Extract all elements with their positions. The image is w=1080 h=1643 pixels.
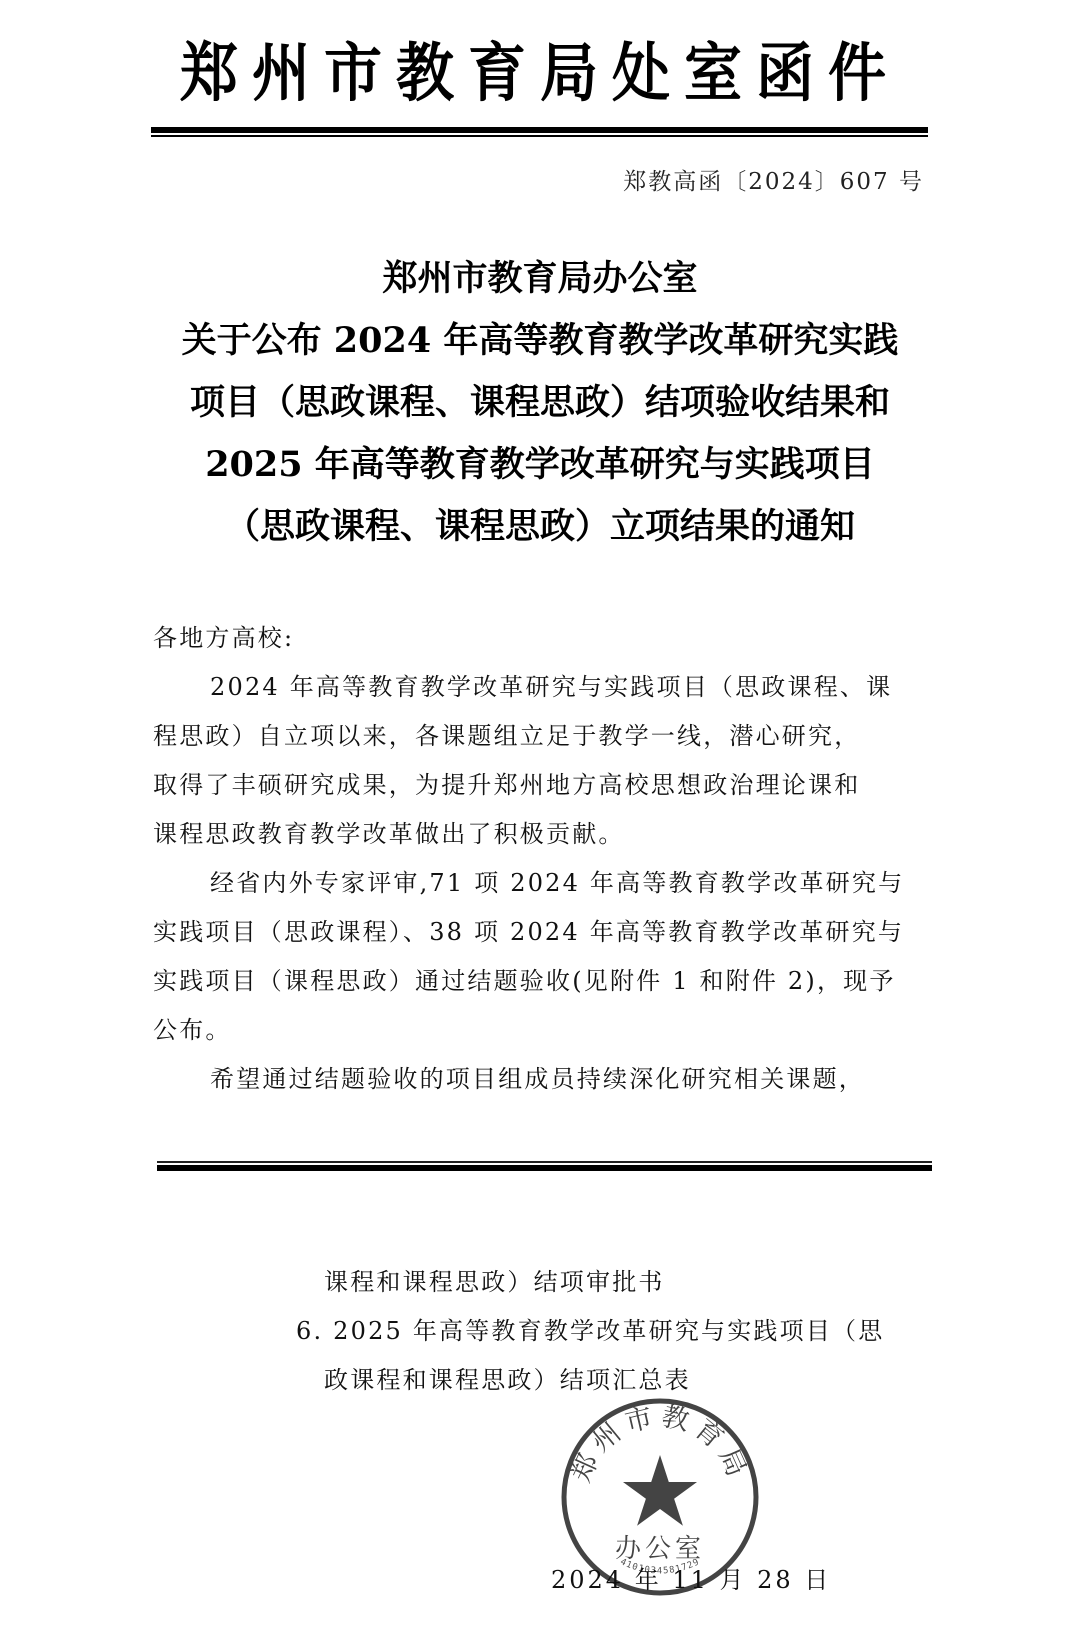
masthead-rule-thick <box>151 127 928 133</box>
body-line: 课程思政教育教学改革做出了积极贡献。 <box>153 810 933 859</box>
attachment-line: 6. 2025 年高等教育教学改革研究与实践项目（思 <box>296 1307 936 1356</box>
masthead-title: 郑州市教育局处室函件 <box>150 24 930 123</box>
page-divider-thick <box>157 1165 932 1171</box>
attachment-line: 课程和课程思政）结项审批书 <box>296 1258 936 1307</box>
title-line: 项目（思政课程、课程思政）结项验收结果和 <box>150 372 930 434</box>
star-icon <box>623 1455 697 1526</box>
body-line: 经省内外专家评审,71 项 2024 年高等教育教学改革研究与 <box>153 859 933 908</box>
body-line: 2024 年高等教育教学改革研究与实践项目（思政课程、课 <box>153 663 933 712</box>
body-line: 实践项目（课程思政）通过结题验收(见附件 1 和附件 2)，现予 <box>153 957 933 1006</box>
body-line: 希望通过结题验收的项目组成员持续深化研究相关课题， <box>153 1055 933 1104</box>
document-title: 郑州市教育局办公室 关于公布 2024 年高等教育教学改革研究实践 项目（思政课… <box>150 248 930 558</box>
signature-date: 2024 年 11 月 28 日 <box>551 1560 831 1595</box>
attachment-list: 课程和课程思政）结项审批书 6. 2025 年高等教育教学改革研究与实践项目（思… <box>296 1258 936 1405</box>
title-line: 2025 年高等教育教学改革研究与实践项目 <box>150 434 930 496</box>
body-line: 实践项目（思政课程）、38 项 2024 年高等教育教学改革研究与 <box>153 908 933 957</box>
title-line: （思政课程、课程思政）立项结果的通知 <box>150 496 930 558</box>
salutation: 各地方高校: <box>153 614 933 663</box>
document-body: 各地方高校: 2024 年高等教育教学改革研究与实践项目（思政课程、课 程思政）… <box>153 614 933 1104</box>
document-number: 郑教高函〔2024〕607 号 <box>623 163 924 196</box>
title-line: 郑州市教育局办公室 <box>150 248 930 310</box>
body-line: 取得了丰硕研究成果，为提升郑州地方高校思想政治理论课和 <box>153 761 933 810</box>
body-line: 公布。 <box>153 1006 933 1055</box>
page-divider-thin <box>157 1161 932 1163</box>
title-line: 关于公布 2024 年高等教育教学改革研究实践 <box>150 310 930 372</box>
masthead-rule-thin <box>151 135 928 137</box>
body-line: 程思政）自立项以来，各课题组立足于教学一线，潜心研究， <box>153 712 933 761</box>
